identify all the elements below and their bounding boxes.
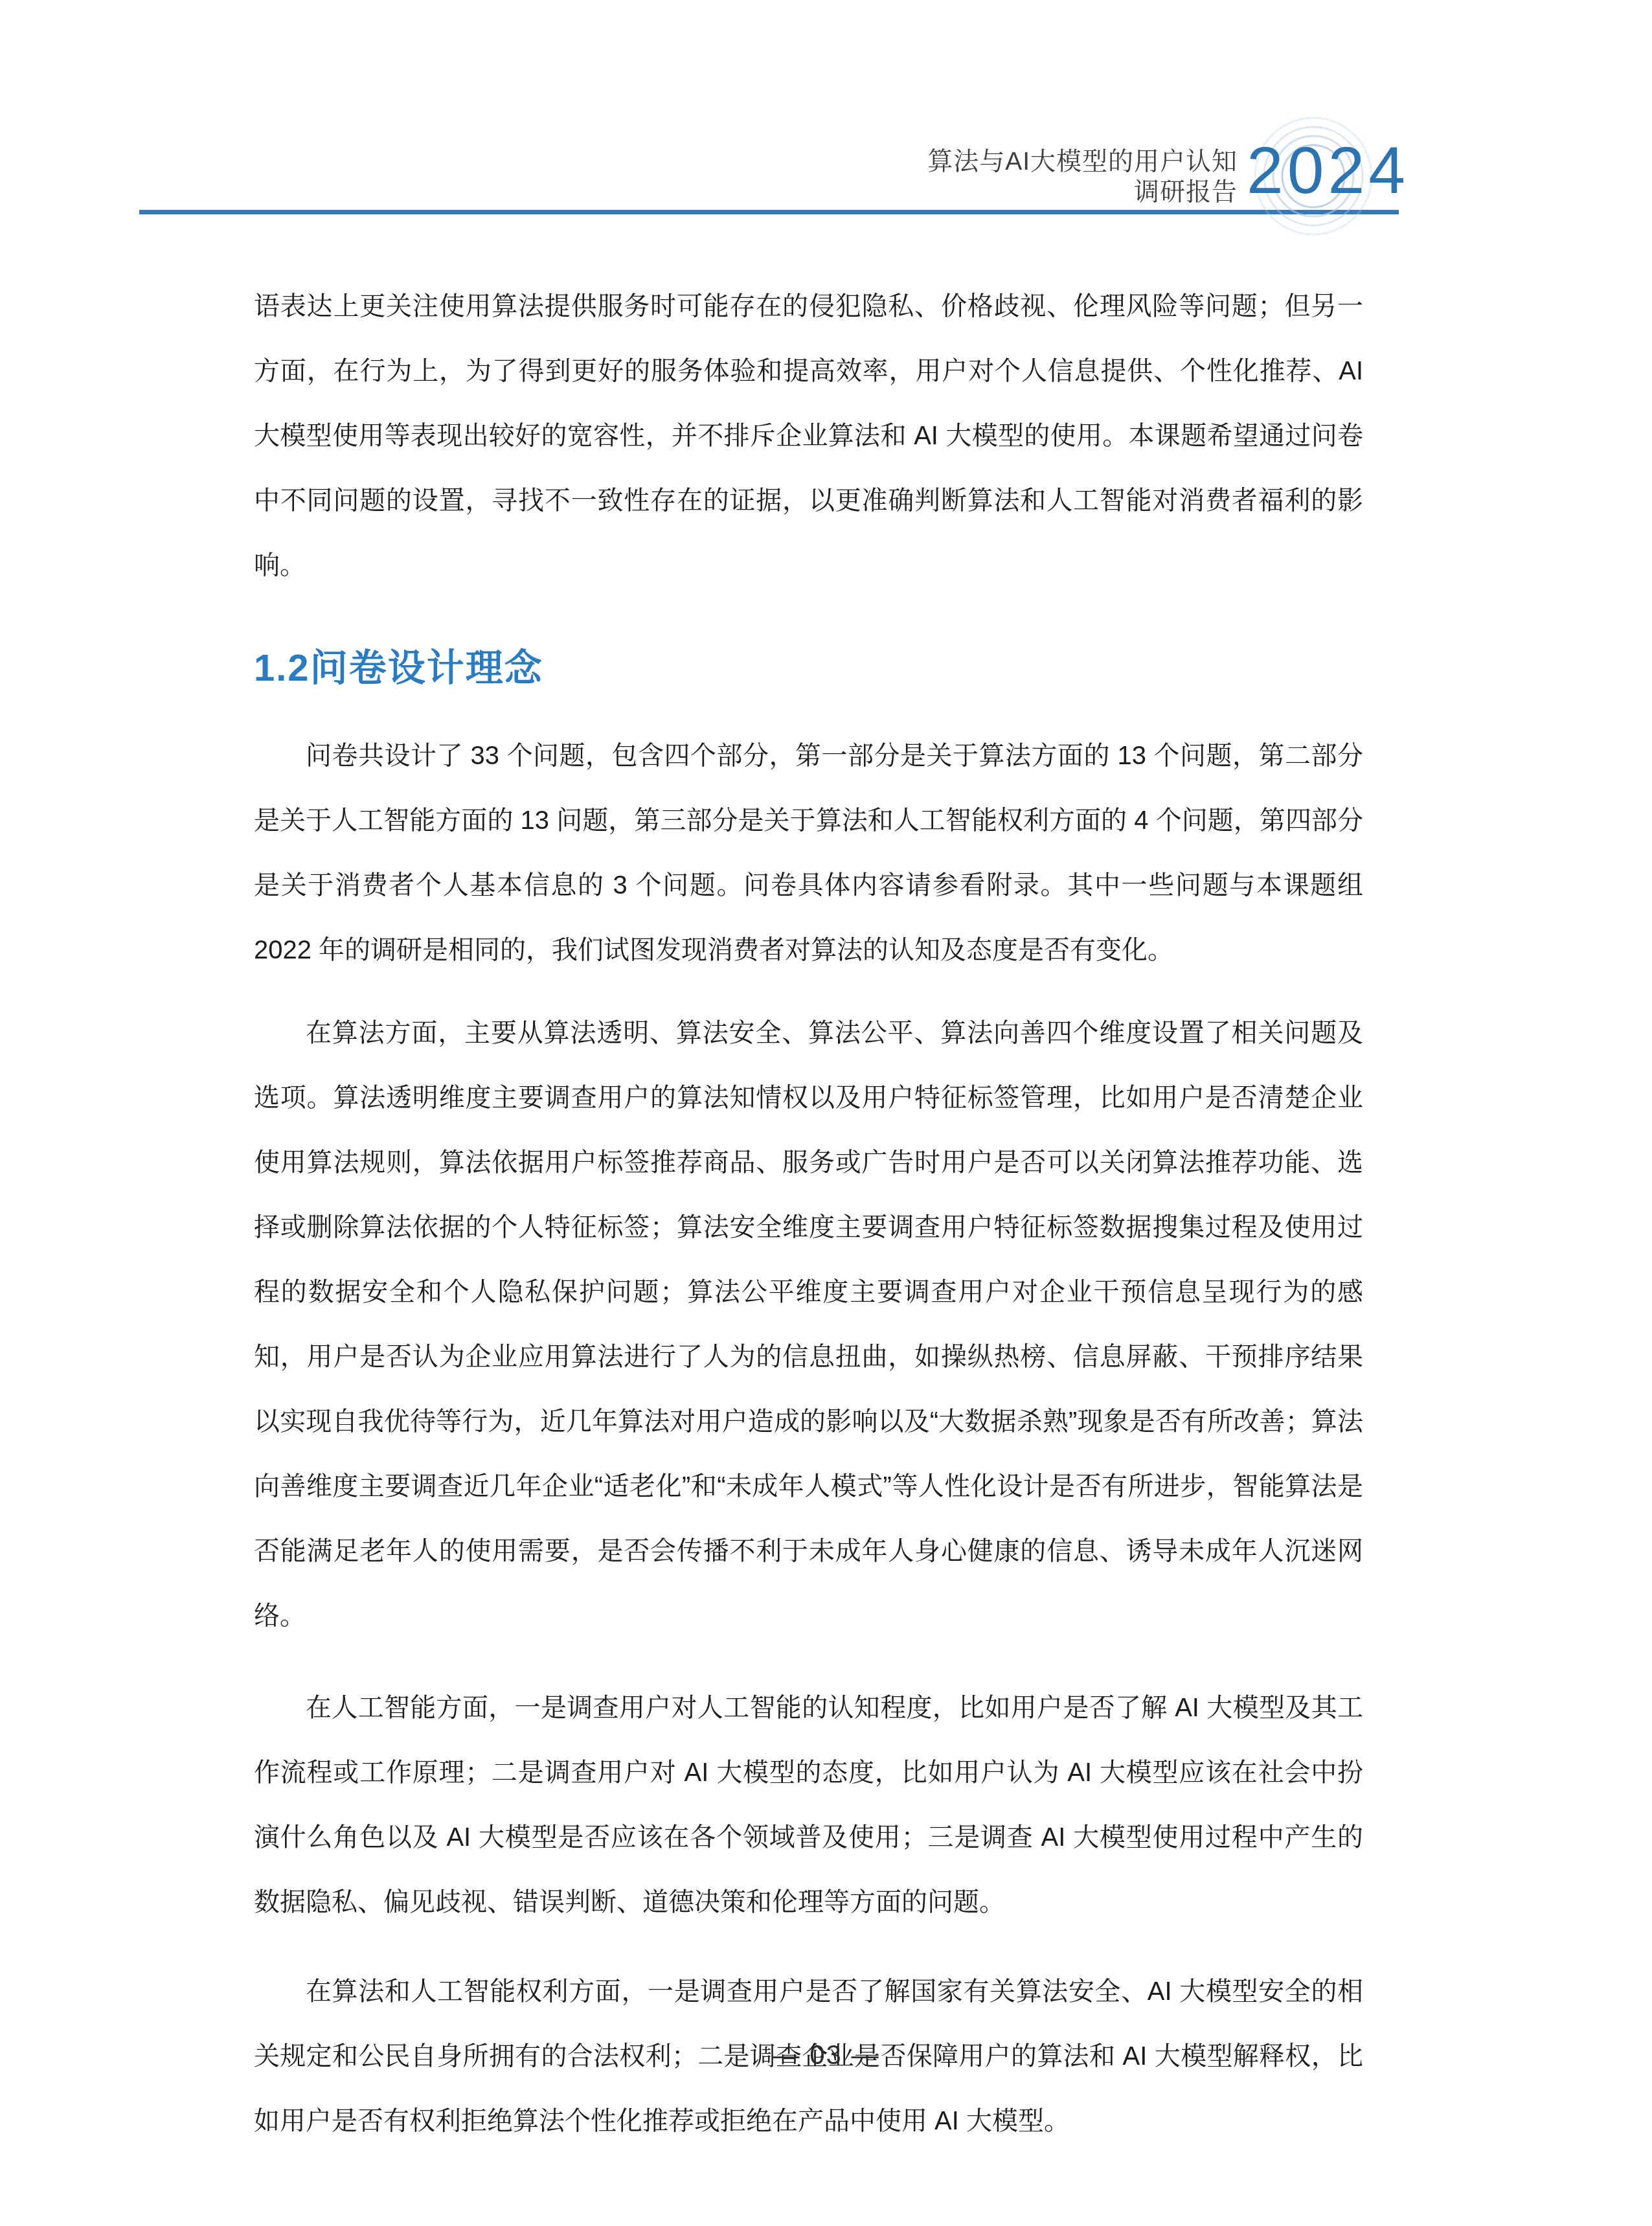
paragraph-questionnaire-design: 问卷共设计了 33 个问题，包含四个部分，第一部分是关于算法方面的 13 个问题… [254,723,1363,982]
paragraph-intro-continued: 语表达上更关注使用算法提供服务时可能存在的侵犯隐私、价格歧视、伦理风险等问题；但… [254,274,1363,598]
year-logo: 2024 [1247,137,1409,203]
page-number: — 03 — [0,2041,1652,2069]
report-title-line2: 调研报告 [927,177,1238,207]
paragraph-ai-survey: 在人工智能方面，一是调查用户对人工智能的认知程度，比如用户是否了解 AI 大模型… [254,1675,1363,1935]
section-heading-1-2: 1.2问卷设计理念 [254,646,1363,691]
report-title-line1: 算法与AI大模型的用户认知 [927,146,1238,177]
paragraph-algorithm-dimensions: 在算法方面，主要从算法透明、算法安全、算法公平、算法向善四个维度设置了相关问题及… [254,1001,1363,1648]
page-body: 语表达上更关注使用算法提供服务时可能存在的侵犯隐私、价格歧视、伦理风险等问题；但… [254,274,1363,2153]
report-header-title: 算法与AI大模型的用户认知 调研报告 [927,146,1238,207]
header-divider-rule [139,210,1399,214]
report-page: 算法与AI大模型的用户认知 调研报告 2024 语表达上更关注使用算法提供服务时… [0,0,1652,2226]
